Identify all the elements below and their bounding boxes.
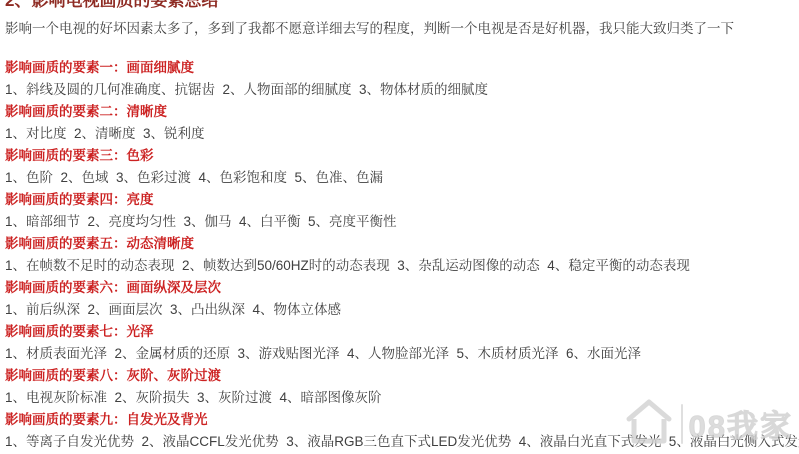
quality-factor-section: 影响画质的要素六：画面纵深及层次 1、前后纵深 2、画面层次 3、凸出纵深 4、… [5, 277, 799, 321]
section-header: 影响画质的要素四：亮度 [5, 189, 799, 211]
quality-factor-section: 影响画质的要素九：自发光及背光 1、等离子自发光优势 2、液晶CCFL发光优势 … [5, 409, 799, 453]
intro-paragraph: 影响一个电视的好坏因素太多了，多到了我都不愿意详细去写的程度，判断一个电视是否是… [5, 18, 799, 40]
section-items: 1、暗部细节 2、亮度均匀性 3、伽马 4、白平衡 5、亮度平衡性 [5, 211, 799, 233]
section-items: 1、斜线及圆的几何准确度、抗锯齿 2、人物面部的细腻度 3、物体材质的细腻度 [5, 79, 799, 101]
page-title: 2、影响电视画质的要素总结 [5, 0, 799, 11]
section-header: 影响画质的要素六：画面纵深及层次 [5, 277, 799, 299]
section-header: 影响画质的要素五：动态清晰度 [5, 233, 799, 255]
quality-factor-section: 影响画质的要素五：动态清晰度 1、在帧数不足时的动态表现 2、帧数达到50/60… [5, 233, 799, 277]
section-items: 1、在帧数不足时的动态表现 2、帧数达到50/60HZ时的动态表现 3、杂乱运动… [5, 255, 799, 277]
section-header: 影响画质的要素三：色彩 [5, 145, 799, 167]
section-items: 1、等离子自发光优势 2、液晶CCFL发光优势 3、液晶RGB三色直下式LED发… [5, 431, 799, 453]
section-header: 影响画质的要素八：灰阶、灰阶过渡 [5, 365, 799, 387]
section-header: 影响画质的要素七：光泽 [5, 321, 799, 343]
section-header: 影响画质的要素一：画面细腻度 [5, 57, 799, 79]
section-items: 1、材质表面光泽 2、金属材质的还原 3、游戏贴图光泽 4、人物脸部光泽 5、木… [5, 343, 799, 365]
quality-factor-section: 影响画质的要素八：灰阶、灰阶过渡 1、电视灰阶标准 2、灰阶损失 3、灰阶过渡 … [5, 365, 799, 409]
sections: 影响画质的要素一：画面细腻度 1、斜线及圆的几何准确度、抗锯齿 2、人物面部的细… [5, 57, 799, 453]
forum-post-body: 2、影响电视画质的要素总结 影响一个电视的好坏因素太多了，多到了我都不愿意详细去… [0, 0, 799, 453]
section-header: 影响画质的要素二：清晰度 [5, 101, 799, 123]
quality-factor-section: 影响画质的要素二：清晰度 1、对比度 2、清晰度 3、锐利度 [5, 101, 799, 145]
quality-factor-section: 影响画质的要素七：光泽 1、材质表面光泽 2、金属材质的还原 3、游戏贴图光泽 … [5, 321, 799, 365]
section-items: 1、前后纵深 2、画面层次 3、凸出纵深 4、物体立体感 [5, 299, 799, 321]
section-header: 影响画质的要素九：自发光及背光 [5, 409, 799, 431]
section-items: 1、对比度 2、清晰度 3、锐利度 [5, 123, 799, 145]
quality-factor-section: 影响画质的要素四：亮度 1、暗部细节 2、亮度均匀性 3、伽马 4、白平衡 5、… [5, 189, 799, 233]
section-items: 1、电视灰阶标准 2、灰阶损失 3、灰阶过渡 4、暗部图像灰阶 [5, 387, 799, 409]
quality-factor-section: 影响画质的要素一：画面细腻度 1、斜线及圆的几何准确度、抗锯齿 2、人物面部的细… [5, 57, 799, 101]
quality-factor-section: 影响画质的要素三：色彩 1、色阶 2、色域 3、色彩过渡 4、色彩饱和度 5、色… [5, 145, 799, 189]
section-items: 1、色阶 2、色域 3、色彩过渡 4、色彩饱和度 5、色准、色漏 [5, 167, 799, 189]
